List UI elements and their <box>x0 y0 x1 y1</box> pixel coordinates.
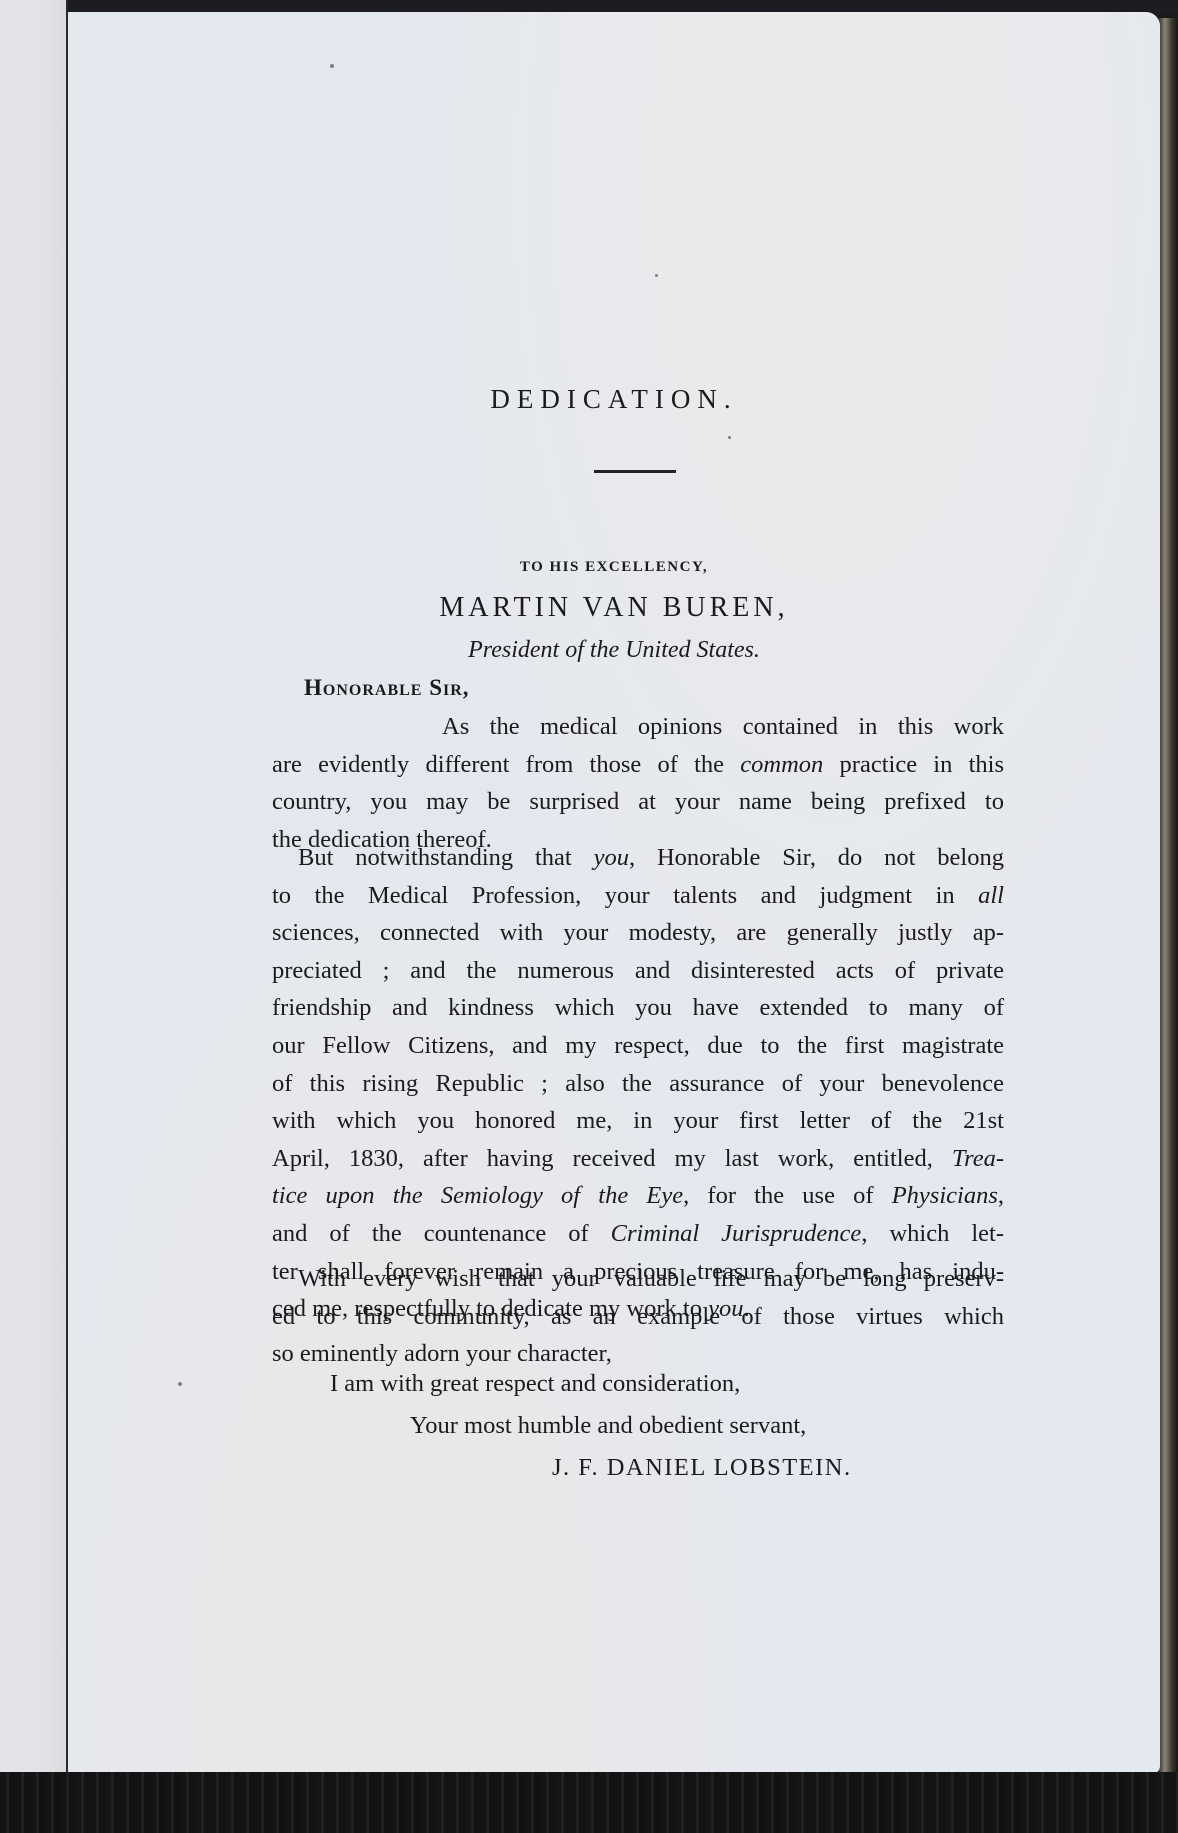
text-line: April, 1830, after having received my la… <box>272 1140 1004 1178</box>
text-line: with which you honored me, in your first… <box>272 1102 1004 1140</box>
italic-text: common <box>740 751 823 778</box>
closing-line-2: Your most humble and obedient servant, <box>410 1412 806 1440</box>
text-line: and of the countenance of Criminal Juris… <box>272 1215 1004 1253</box>
text-line: But notwithstanding that you, Honorable … <box>272 839 1004 877</box>
italic-text: Trea- <box>952 1145 1004 1172</box>
italic-text: all <box>978 882 1004 909</box>
salutation: Honorable Sir, <box>304 675 470 701</box>
text-line: sciences, connected with your modesty, a… <box>272 914 1004 952</box>
text-line: are evidently different from those of th… <box>272 746 1004 784</box>
addressee-name: MARTIN VAN BUREN, <box>68 592 1160 624</box>
dedication-page: DEDICATION. TO HIS EXCELLENCY, MARTIN VA… <box>68 12 1160 1774</box>
text-line: With every wish that your valuable life … <box>272 1260 1004 1298</box>
italic-text: Criminal Jurisprudence <box>611 1220 862 1247</box>
italic-text: Physicians <box>892 1182 998 1209</box>
paragraph-1: As the medical opinions contained in thi… <box>272 708 1004 858</box>
text-line: to the Medical Profession, your talents … <box>272 877 1004 915</box>
addressee-to-line: TO HIS EXCELLENCY, <box>68 559 1160 576</box>
closing-line-1: I am with great respect and consideratio… <box>330 1370 740 1398</box>
paper-speck <box>655 274 658 277</box>
book-binding-bottom <box>0 1772 1178 1833</box>
title-divider <box>594 470 676 473</box>
italic-text: tice upon the Semiology of the Eye <box>272 1182 683 1209</box>
text-line: As the medical opinions contained in thi… <box>272 708 1004 746</box>
paper-speck <box>330 64 334 68</box>
paragraph-3: With every wish that your valuable life … <box>272 1260 1004 1373</box>
text-line: preciated ; and the numerous and disinte… <box>272 952 1004 990</box>
text-line: friendship and kindness which you have e… <box>272 989 1004 1027</box>
addressee-office: President of the United States. <box>68 637 1160 664</box>
italic-text: you <box>594 844 629 871</box>
signature: J. F. DANIEL LOBSTEIN. <box>552 1454 852 1482</box>
text-line: of this rising Republic ; also the assur… <box>272 1065 1004 1103</box>
text-line: our Fellow Citizens, and my respect, due… <box>272 1027 1004 1065</box>
paragraph-2: But notwithstanding that you, Honorable … <box>272 839 1004 1328</box>
paper-speck <box>728 436 731 439</box>
facing-page-edge <box>0 0 68 1780</box>
text-line: country, you may be surprised at your na… <box>272 783 1004 821</box>
text-line: ed to this community, as an example of t… <box>272 1298 1004 1336</box>
text-line: so eminently adorn your character, <box>272 1335 1004 1373</box>
page-title: DEDICATION. <box>68 384 1160 415</box>
paper-speck <box>178 1382 182 1386</box>
book-binding-right <box>1158 18 1178 1778</box>
text-line: tice upon the Semiology of the Eye, for … <box>272 1177 1004 1215</box>
